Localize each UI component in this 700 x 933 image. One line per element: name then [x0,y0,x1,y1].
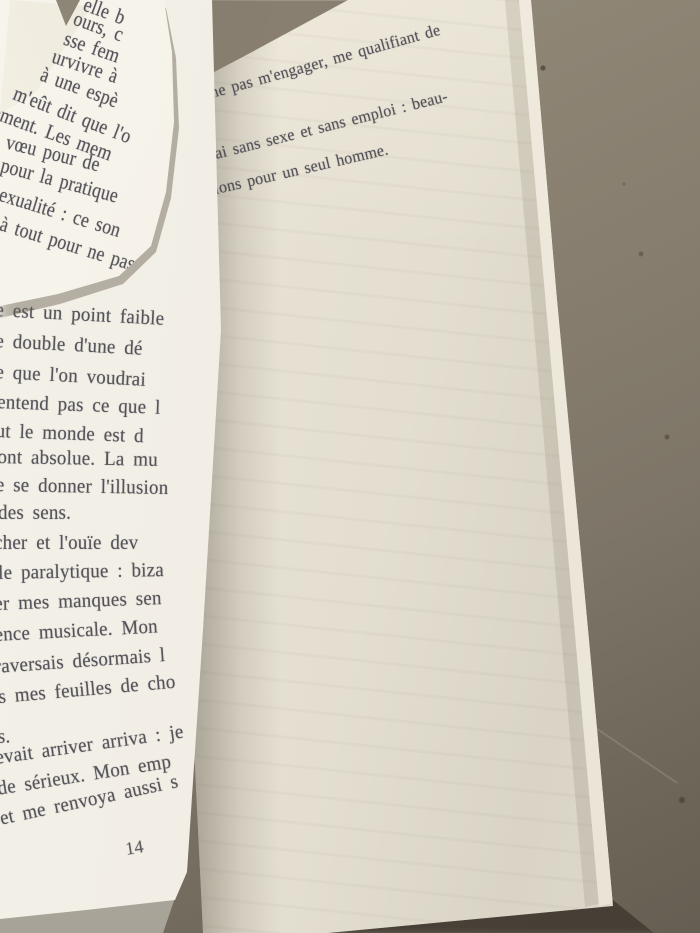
book-photo: ères de ne pas m'engager, me qualifiant … [0,0,700,933]
